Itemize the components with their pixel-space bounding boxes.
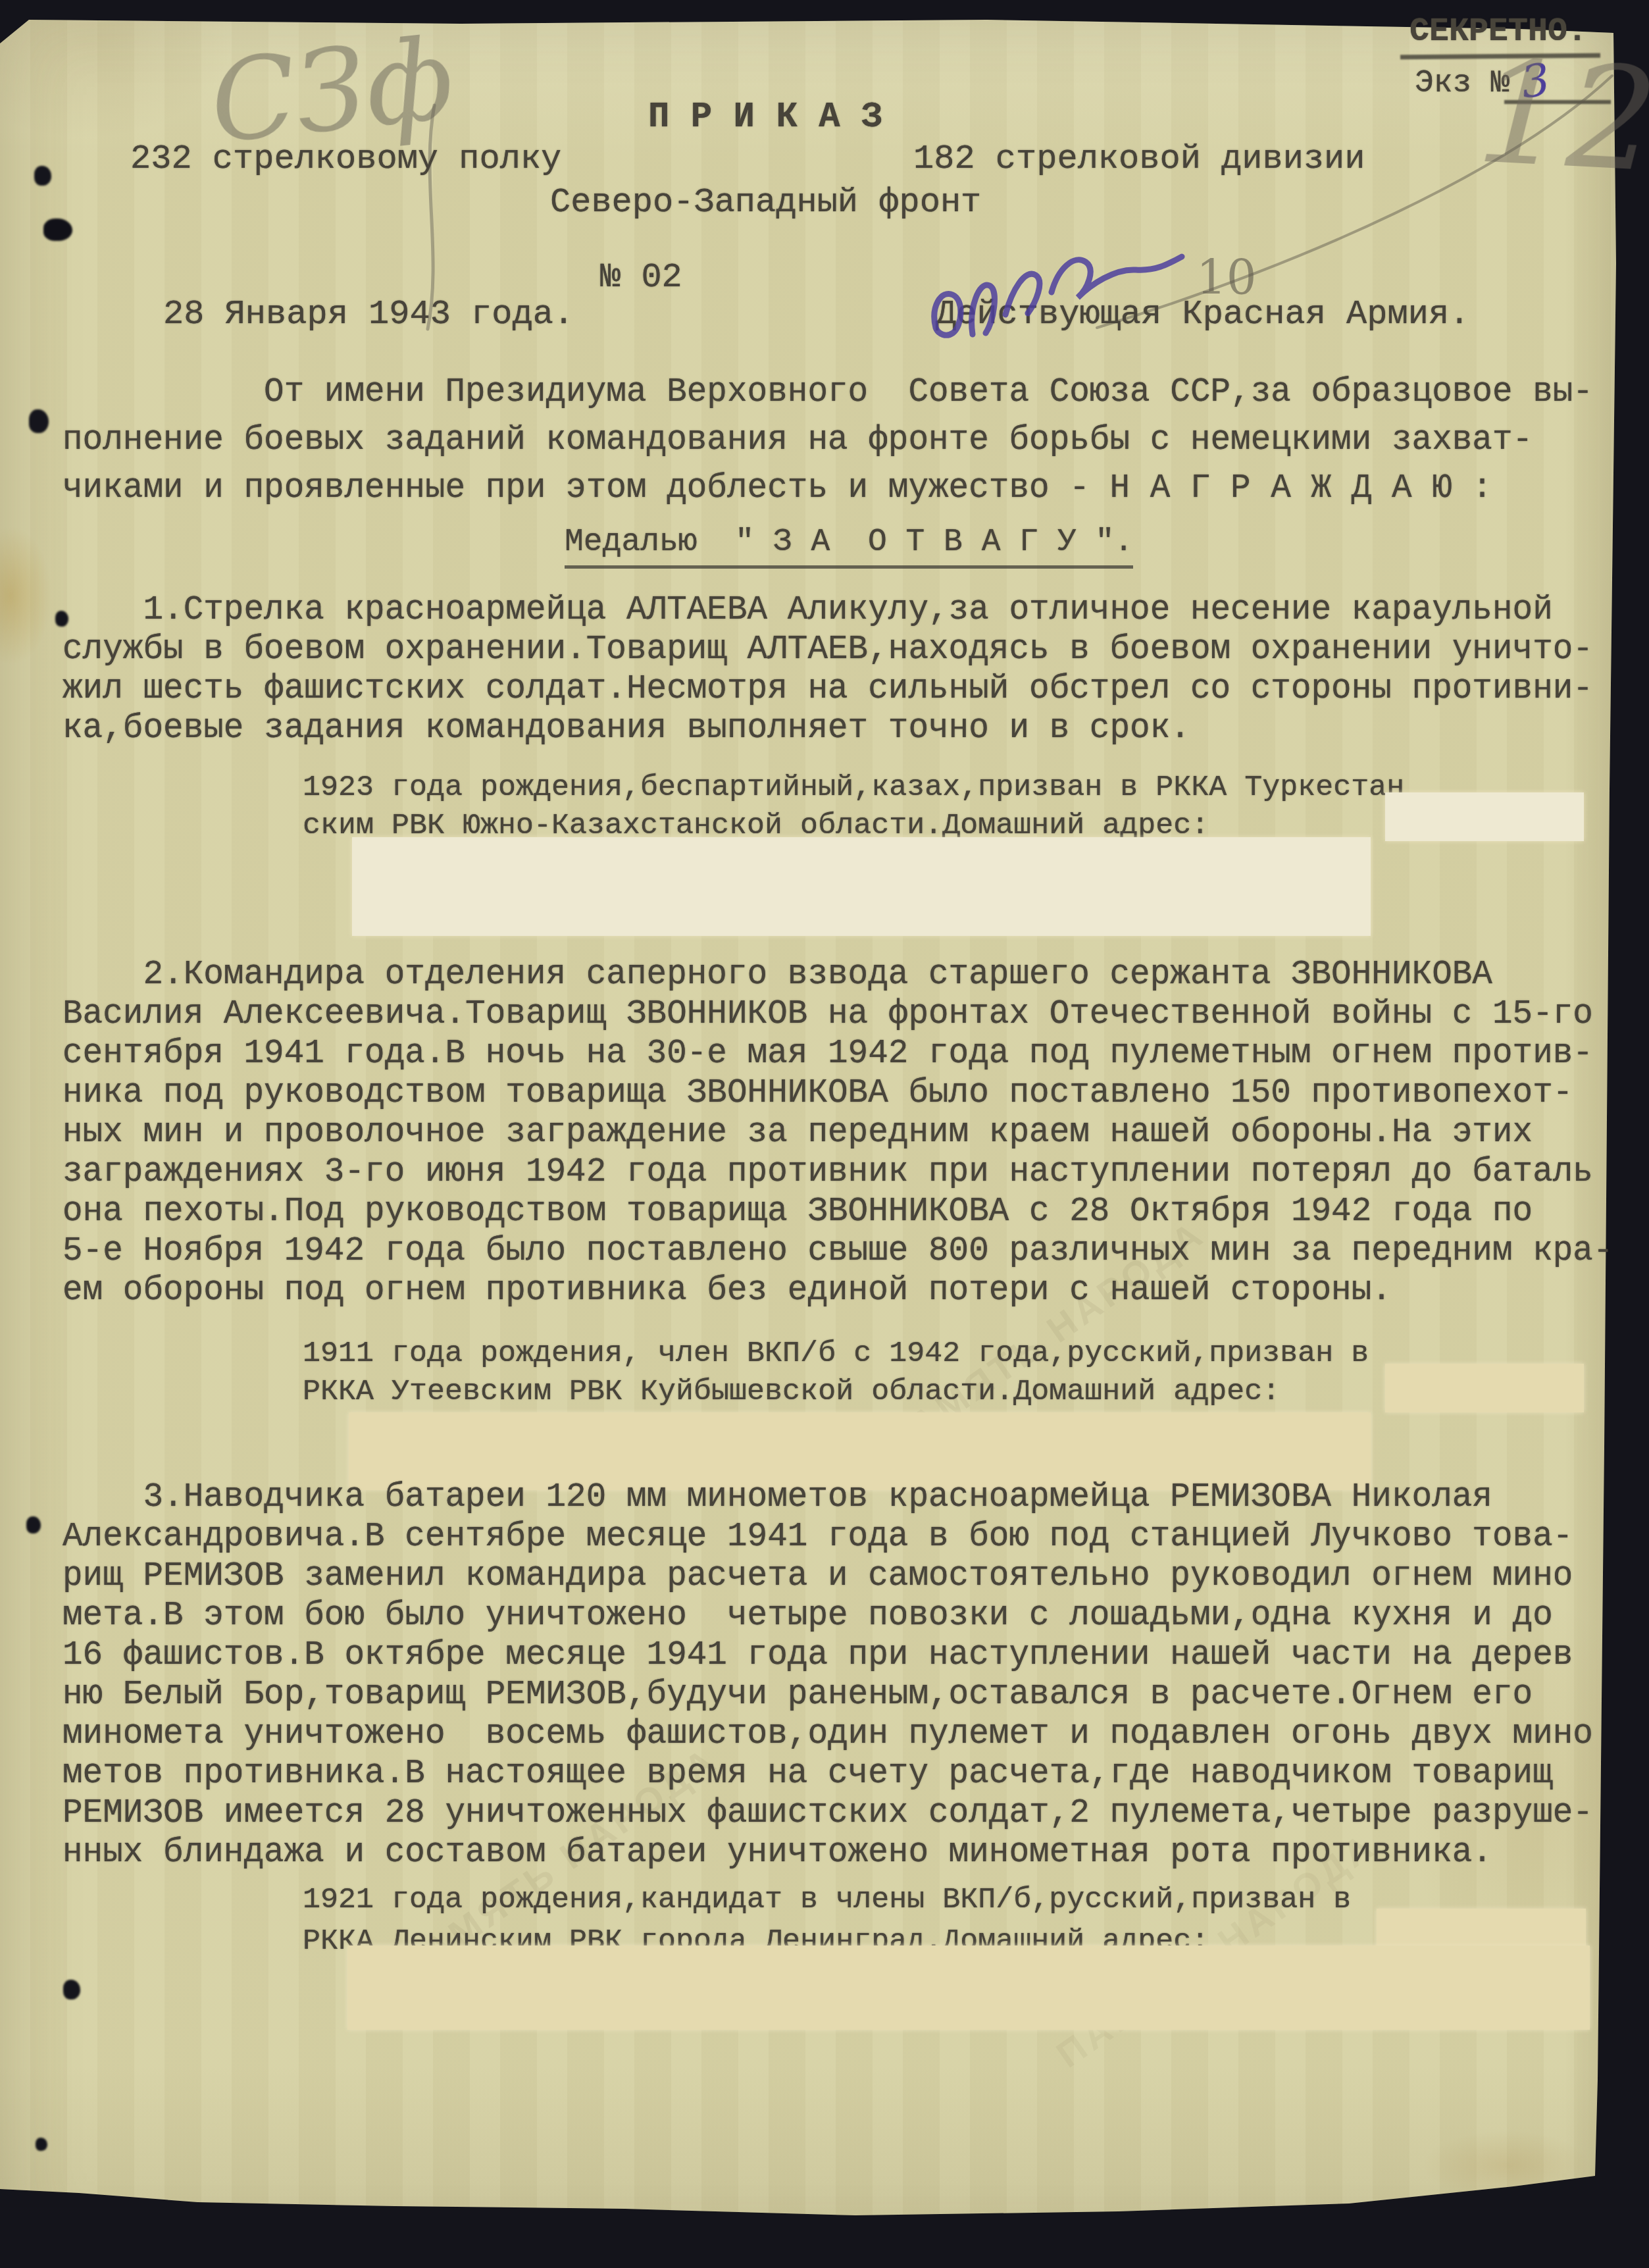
- order-number: № 02: [600, 258, 682, 297]
- paper-hole: [26, 1516, 41, 1533]
- scanned-document-page: ПАМЯТЬ НАРОДА ПАМЯТЬ НАРОДА ПАМЯТЬ НАРОД…: [0, 0, 1649, 2268]
- redaction-box: [1385, 1364, 1584, 1412]
- section-1-text: 1.Стрелка красноармейца АЛТАЕВА Аликулу,…: [63, 591, 1593, 749]
- redaction-box: [1385, 792, 1584, 841]
- division-line: 182 стрелковой дивизии: [913, 140, 1365, 178]
- redaction-box: [352, 837, 1371, 936]
- section-3-text: 3.Наводчика батареи 120 мм минометов кра…: [63, 1478, 1593, 1873]
- award-heading: Медалью " З А О Т В А Г У ".: [565, 525, 1133, 569]
- handwritten-note-10: 10: [1196, 250, 1257, 305]
- paper-hole: [29, 409, 49, 433]
- front-line: Северо-Западный фронт: [550, 183, 981, 222]
- handwritten-ink-scribble: [926, 229, 1203, 354]
- section-1-bio: 1923 года рождения,беспартийный,казах,пр…: [303, 769, 1404, 845]
- redaction-box: [347, 1946, 1590, 2030]
- date-line: 28 Января 1943 года.: [163, 295, 574, 334]
- section-2-text: 2.Командира отделения саперного взвода с…: [63, 956, 1613, 1311]
- paper-hole: [36, 2138, 47, 2151]
- section-2-bio: 1911 года рождения, член ВКП/б с 1942 го…: [303, 1335, 1369, 1411]
- preamble-paragraph: От имени Президиума Верховного Совета Со…: [63, 369, 1593, 513]
- addressee-line: 232 стрелковому полку: [130, 140, 561, 178]
- paper-hole: [34, 166, 51, 186]
- paper-hole: [63, 1980, 80, 1999]
- page-title: П Р И К А З: [648, 97, 882, 138]
- paper-hole: [55, 611, 68, 627]
- ink-blot: [43, 219, 72, 241]
